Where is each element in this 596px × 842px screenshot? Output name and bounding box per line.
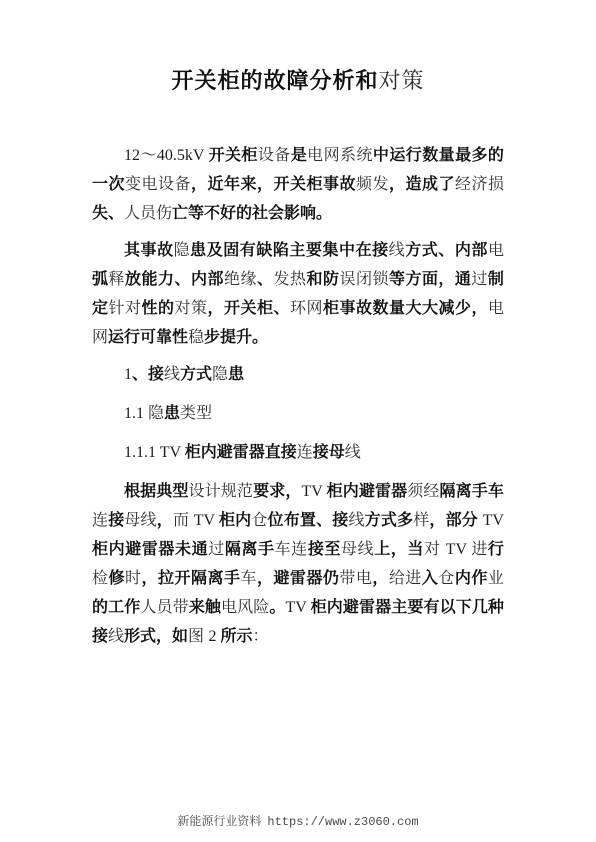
- text-run: 设计规范: [189, 483, 254, 500]
- text-run: 频发: [356, 176, 389, 193]
- text-run: 连: [297, 444, 313, 461]
- text-run: 柜事故数量大大减少，: [323, 300, 488, 317]
- text-run: 对策: [379, 68, 425, 93]
- text-run: 12～40.5kV: [124, 147, 209, 164]
- text-run: TV: [194, 512, 219, 529]
- text-run: 电: [488, 242, 504, 259]
- text-run: 运行可靠性: [108, 329, 188, 346]
- text-run: 电网系统: [307, 147, 373, 164]
- text-run: 带电: [339, 570, 372, 587]
- text-run: 位布置、接: [268, 512, 349, 529]
- text-run: 形式，如: [124, 628, 188, 645]
- text-run: 患及固有缺陷主要集中在接: [190, 242, 389, 259]
- text-run: 接至: [308, 541, 341, 558]
- text-run: 线: [108, 628, 124, 645]
- text-run: 开关柜的故障分析和: [171, 68, 378, 93]
- text-run: 接母: [313, 444, 345, 461]
- text-run: TV: [285, 599, 310, 616]
- text-run: 隐: [174, 242, 191, 259]
- text-run: 的工作: [92, 599, 140, 616]
- text-run: 患: [228, 366, 244, 383]
- text-run: ：: [253, 628, 269, 645]
- heading-section-1-1-1: 1.1.1 TV 柜内避雷器直接连接母线: [92, 438, 504, 467]
- text-run: 开关柜: [209, 147, 258, 164]
- text-run: ，造成了: [389, 176, 455, 193]
- text-run: 业: [488, 570, 504, 587]
- text-run: 母线: [124, 512, 156, 529]
- text-run: ，: [372, 570, 389, 587]
- text-run: 方式、内部: [405, 242, 488, 259]
- text-run: 经济损: [455, 176, 504, 193]
- text-run: 行: [488, 541, 504, 558]
- text-run: 设备: [258, 147, 291, 164]
- heading-section-1: 1、接线方式隐患: [92, 360, 504, 389]
- text-run: 。: [269, 599, 285, 616]
- footer-site-url: https://www.z3060.com: [267, 815, 418, 829]
- text-run: 车连: [275, 541, 308, 558]
- text-run: 须经: [407, 483, 439, 500]
- text-run: 样: [413, 512, 429, 529]
- text-run: ，: [157, 512, 173, 529]
- text-run: 方式多: [365, 512, 414, 529]
- text-run: 释: [109, 271, 126, 288]
- text-run: 方式: [180, 366, 212, 383]
- text-run: 进: [471, 541, 488, 558]
- text-run: 发热: [273, 271, 306, 288]
- text-run: 隔离手: [225, 541, 275, 558]
- text-run: 、接: [132, 366, 164, 383]
- text-run: TV: [483, 512, 504, 529]
- text-run: 内作: [455, 570, 488, 587]
- text-run: TV: [301, 483, 326, 500]
- text-run: 2: [209, 628, 221, 645]
- text-run: 上，当: [374, 541, 424, 558]
- text-run: 、: [257, 271, 274, 288]
- text-run: 要求，: [253, 483, 301, 500]
- text-run: 隐: [148, 405, 164, 422]
- text-run: 线: [164, 366, 180, 383]
- text-run: 车: [240, 570, 257, 587]
- text-run: TV: [446, 541, 472, 558]
- text-run: 等方面，通: [389, 271, 471, 288]
- text-run: 1.1: [124, 405, 148, 422]
- text-run: 绝缘: [224, 271, 257, 288]
- text-run: 连: [92, 512, 108, 529]
- text-run: 柜内: [219, 512, 251, 529]
- document-page: 开关柜的故障分析和对策 12～40.5kV 开关柜设备是电网系统中运行数量最多的…: [0, 0, 596, 842]
- text-run: 入: [422, 570, 439, 587]
- text-run: 柜内避雷器: [327, 483, 408, 500]
- text-run: 隐: [212, 366, 228, 383]
- text-run: 1: [124, 366, 132, 383]
- text-run: 对策: [175, 300, 208, 317]
- text-run: ，避雷器仍: [257, 570, 339, 587]
- text-run: 仓: [438, 570, 455, 587]
- text-run: 变电设备: [125, 176, 191, 193]
- page-footer: 新能源行业资料https://www.z3060.com: [0, 812, 596, 831]
- text-run: 仓: [251, 512, 267, 529]
- text-run: 性的: [142, 300, 175, 317]
- text-run: 误闭锁: [339, 271, 388, 288]
- text-run: 人员带: [140, 599, 188, 616]
- text-run: 柜内避雷器未通: [92, 541, 208, 558]
- text-run: 弧: [92, 271, 109, 288]
- text-run: 接: [108, 512, 124, 529]
- text-run: 放能力、内部: [125, 271, 224, 288]
- text-run: 失、: [92, 205, 124, 222]
- text-run: 其事故: [124, 242, 174, 259]
- text-run: 所示: [221, 628, 253, 645]
- text-run: 修: [109, 570, 126, 587]
- text-run: 类型: [180, 405, 212, 422]
- text-run: ，开关柜、: [208, 300, 290, 317]
- footer-site-label: 新能源行业资料: [177, 814, 261, 828]
- paragraph-tv-cabinet-detail: 根据典型设计规范要求，TV 柜内避雷器须经隔离手车连接母线，而 TV 柜内仓位布…: [92, 477, 504, 651]
- text-run: 电风险: [221, 599, 269, 616]
- text-run: 来触: [189, 599, 221, 616]
- text-run: 线: [389, 242, 406, 259]
- text-run: 线: [345, 444, 361, 461]
- text-run: 隔离手车: [440, 483, 504, 500]
- text-run: 根据典型: [124, 483, 189, 500]
- text-run: 和防: [306, 271, 339, 288]
- text-run: 线: [348, 512, 364, 529]
- text-run: 环网: [290, 300, 323, 317]
- paragraph-intro: 12～40.5kV 开关柜设备是电网系统中运行数量最多的一次变电设备，近年来，开…: [92, 141, 504, 228]
- text-run: 是: [291, 147, 307, 164]
- text-run: 对: [424, 541, 446, 558]
- text-run: 亡等不好的社会影响。: [172, 205, 332, 222]
- text-run: 时: [125, 570, 142, 587]
- text-run: 柜内避雷器直接: [185, 444, 297, 461]
- text-run: 图: [188, 628, 208, 645]
- heading-section-1-1: 1.1 隐患类型: [92, 399, 504, 428]
- text-run: 人员伤: [124, 205, 172, 222]
- text-run: 患: [164, 405, 180, 422]
- text-run: 针对: [109, 300, 142, 317]
- text-run: 而: [173, 512, 194, 529]
- text-run: 过: [208, 541, 225, 558]
- text-run: 给进: [389, 570, 422, 587]
- text-run: ，部分: [429, 512, 482, 529]
- document-title: 开关柜的故障分析和对策: [92, 66, 504, 96]
- text-run: 母线: [341, 541, 374, 558]
- paragraph-hazard-overview: 其事故隐患及固有缺陷主要集中在接线方式、内部电弧释放能力、内部绝缘、发热和防误闭…: [92, 236, 504, 352]
- text-run: ，拉开隔离手: [142, 570, 241, 587]
- text-run: 步提升。: [204, 329, 268, 346]
- text-run: 过: [471, 271, 488, 288]
- text-run: ，近年来，开关柜事故: [191, 176, 356, 193]
- text-run: 1.1.1 TV: [124, 444, 185, 461]
- document-content: 开关柜的故障分析和对策 12～40.5kV 开关柜设备是电网系统中运行数量最多的…: [92, 66, 504, 659]
- text-run: 稳: [188, 329, 204, 346]
- text-run: 检: [92, 570, 109, 587]
